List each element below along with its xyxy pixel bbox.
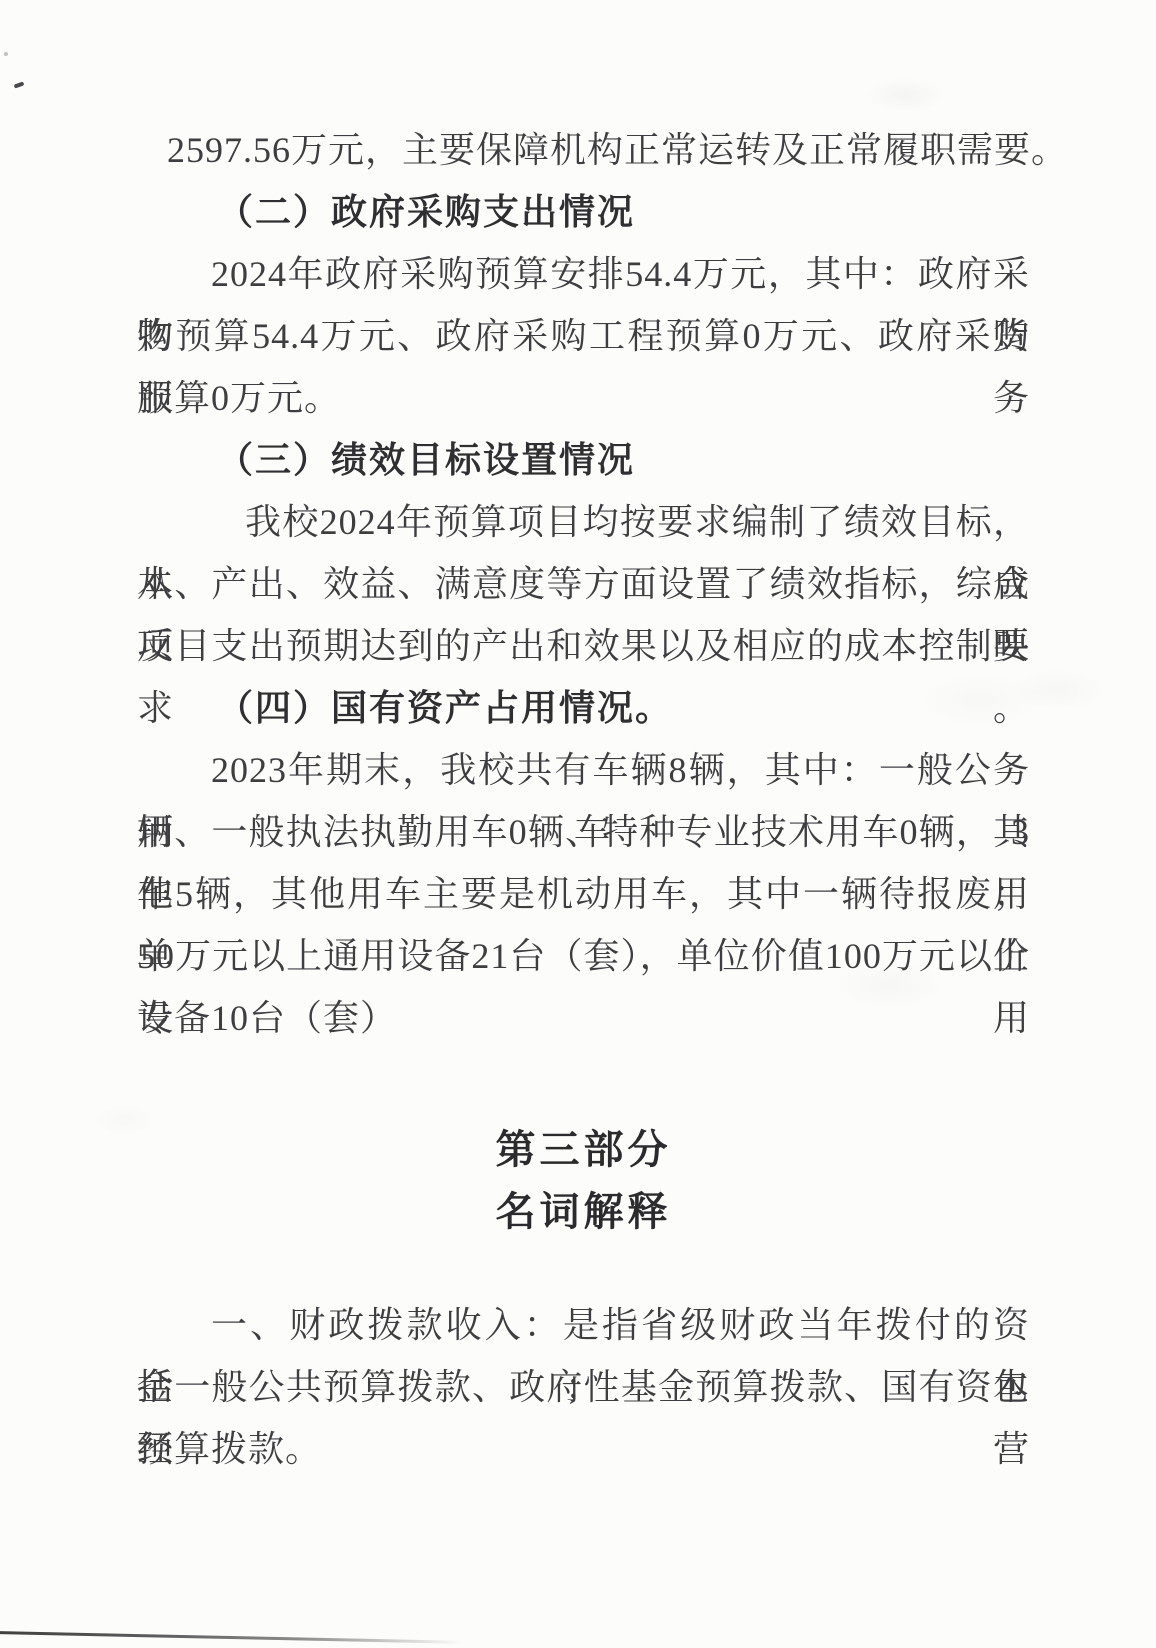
- part-three-subtitle: 名词解释: [137, 1181, 1030, 1243]
- scan-speck-artifact: [14, 81, 25, 88]
- part-three-title: 第三部分: [137, 1119, 1030, 1181]
- body-line: 项目支出预期达到的产出和效果以及相应的成本控制要求。: [137, 615, 1030, 677]
- body-line: 一、财政拨款收入：是指省级财政当年拨付的资金；包: [137, 1294, 1030, 1356]
- section-gap: [137, 1049, 1030, 1119]
- section-heading-3: （三）绩效目标设置情况: [137, 429, 1030, 491]
- section-heading-2: （二）政府采购支出情况: [137, 181, 1030, 243]
- title-gap: [137, 1243, 1030, 1294]
- body-line: 辆、一般执法执勤用车0辆、特种专业技术用车0辆，其他用: [137, 801, 1030, 863]
- scan-line-artifact: [0, 1631, 462, 1644]
- document-page: 2597.56万元，主要保障机构正常运转及正常履职需要。 （二）政府采购支出情况…: [0, 0, 1156, 1648]
- body-line: 50万元以上通用设备21台（套），单位价值100万元以上专用: [137, 925, 1030, 987]
- body-line: 本、产出、效益、满意度等方面设置了绩效指标，综合反映: [137, 553, 1030, 615]
- body-line: 我校2024年预算项目均按要求编制了绩效目标，从成: [137, 491, 1030, 553]
- body-line: 物预算54.4万元、政府采购工程预算0万元、政府采购服务: [137, 305, 1030, 367]
- body-line: 2024年政府采购预算安排54.4万元，其中：政府采购货: [137, 243, 1030, 305]
- body-line: 括一般公共预算拨款、政府性基金预算拨款、国有资本经营: [137, 1356, 1030, 1418]
- page-body-text: 2597.56万元，主要保障机构正常运转及正常履职需要。 （二）政府采购支出情况…: [137, 119, 1030, 1480]
- body-line: 车5辆，其他用车主要是机动用车，其中一辆待报废；单价: [137, 863, 1030, 925]
- paragraph-continuation-line: 2597.56万元，主要保障机构正常运转及正常履职需要。: [137, 119, 1030, 181]
- scan-dot-artifact: [4, 52, 8, 56]
- body-line: 2023年期末，我校共有车辆8辆，其中：一般公务用车3: [137, 739, 1030, 801]
